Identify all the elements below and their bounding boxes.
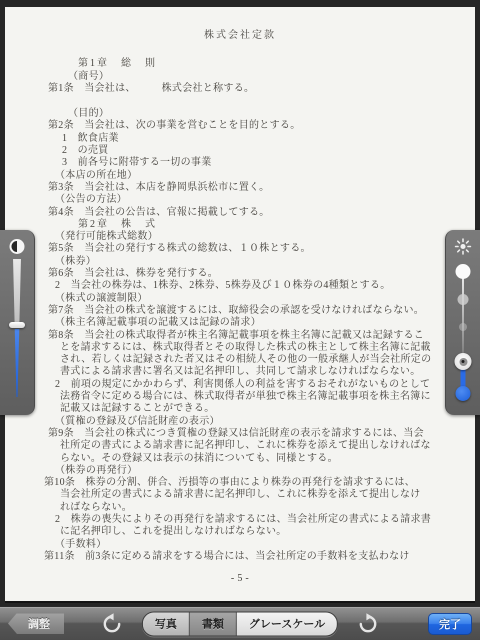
segment-書類[interactable]: 書類	[190, 612, 237, 635]
document-line: （発行可能株式総数）	[5, 231, 475, 243]
done-button-label: 完了	[439, 616, 461, 632]
document-line: （質権の登録及び信託財産の表示）	[5, 416, 475, 428]
document-line: （株券）	[5, 256, 475, 268]
document-line: （手数料）	[5, 539, 475, 551]
document-line: 株式会社定款	[5, 30, 475, 42]
document-line: 法務省令に定める場合には、株式取得者が単独で株主名簿記載事項を株主名簿に	[5, 391, 475, 403]
document-line: 第11条 前3条に定める請求をする場合には、当会社所定の手数料を支払わなけ	[5, 551, 475, 563]
scanned-document-preview: 株式会社定款第1章 総 則（商号）第1条 当会社は、 株式会社と称する。（目的）…	[5, 7, 475, 603]
brightness-level-dot[interactable]	[456, 264, 471, 279]
document-line: らない。その登録又は表示の抹消についても、同様とする。	[5, 453, 475, 465]
bottom-toolbar: 調整 写真書類グレースケール 完了	[0, 606, 480, 640]
document-line: 第9条 当会社の株式につき質権の登録又は信託財産の表示を請求するには、当会	[5, 428, 475, 440]
document-line: 第4条 当会社の公告は、官報に掲載してする。	[5, 207, 475, 219]
contrast-slider-thumb[interactable]	[9, 322, 25, 328]
document-line: 2 の売買	[5, 145, 475, 157]
document-line: （商号）	[5, 71, 475, 83]
contrast-slider-track[interactable]	[13, 259, 22, 325]
document-line: に記名押印し、これを提出しなければならない。	[5, 526, 475, 538]
brightness-slider-end[interactable]	[456, 386, 471, 401]
brightness-slider-thumb[interactable]	[455, 353, 472, 370]
adjust-back-button[interactable]: 調整	[8, 613, 64, 634]
document-line: 記載又は記録することができる。	[5, 403, 475, 415]
rotate-ccw-icon[interactable]	[100, 612, 124, 636]
contrast-panel	[0, 230, 35, 415]
document-line: （株券の再発行）	[5, 465, 475, 477]
document-line: 2 株券の喪失によりその再発行を請求するには、当会社所定の書式による請求書	[5, 514, 475, 526]
filter-segmented-control: 写真書類グレースケール	[142, 611, 338, 636]
page-number: - 5 -	[5, 573, 475, 585]
document-line: 第2条 当会社は、次の事業を営むことを目的とする。	[5, 120, 475, 132]
brightness-slider-track[interactable]	[462, 270, 464, 362]
document-line: され、若しくは記録された者又はその相続人その他の一般承継人が当会社所定の	[5, 354, 475, 366]
document-line: とを請求するには、株式取得者とその取得した株式の株主として株主名簿に記載	[5, 342, 475, 354]
document-line: （株式の譲渡制限）	[5, 293, 475, 305]
segment-グレースケール[interactable]: グレースケール	[237, 612, 337, 635]
document-text: 株式会社定款第1章 総 則（商号）第1条 当会社は、 株式会社と称する。（目的）…	[5, 7, 475, 563]
document-line: 書式による請求書に署名又は記名押印し、共同して請求しなければならない。	[5, 366, 475, 378]
document-line: 社所定の書式による請求書に記名押印し、これに株券を添えて提出しなければな	[5, 440, 475, 452]
contrast-icon	[10, 239, 25, 254]
done-button[interactable]: 完了	[428, 613, 472, 635]
brightness-panel	[445, 230, 480, 415]
segment-写真[interactable]: 写真	[143, 612, 190, 635]
document-line: 3 前各号に附帯する一切の事業	[5, 157, 475, 169]
document-line: （本店の所在地）	[5, 170, 475, 182]
brightness-icon	[455, 238, 472, 255]
brightness-level-dot[interactable]	[458, 294, 469, 305]
document-line: 2 当会社の株券は、1株券、2株券、5株券及び１０株券の4種類とする。	[5, 280, 475, 292]
document-line: 第3条 当会社は、本店を静岡県浜松市に置く。	[5, 182, 475, 194]
document-line: 当会社所定の書式による請求書に記名押印し、これに株券を添えて提出しなけ	[5, 489, 475, 501]
scan-editor-screen: 株式会社定款第1章 総 則（商号）第1条 当会社は、 株式会社と称する。（目的）…	[0, 0, 480, 640]
contrast-slider-fill[interactable]	[14, 329, 20, 397]
document-line: ればならない。	[5, 502, 475, 514]
rotate-cw-icon[interactable]	[356, 612, 380, 636]
document-line: （株主名簿記載事項の記載又は記録の請求）	[5, 317, 475, 329]
document-line: 1 飲食店業	[5, 133, 475, 145]
document-line: 第1条 当会社は、 株式会社と称する。	[5, 83, 475, 95]
adjust-button-label: 調整	[28, 616, 50, 632]
document-line: 第10条 株券の分割、併合、汚損等の事由により株券の再発行を請求するには、	[5, 477, 475, 489]
brightness-level-dot[interactable]	[459, 323, 467, 331]
document-line: 2 前項の規定にかかわらず、利害関係人の利益を害するおそれがないものとして	[5, 379, 475, 391]
document-line: 第7条 当会社の株式を譲渡するには、取締役会の承認を受けなければならない。	[5, 305, 475, 317]
document-line: 第1章 総 則	[5, 58, 475, 70]
document-line: 第2章 株 式	[5, 219, 475, 231]
document-line: 第8条 当会社の株式取得者が株主名簿記載事項を株主名簿に記載又は記録するこ	[5, 330, 475, 342]
document-line: （公告の方法）	[5, 194, 475, 206]
document-line: （目的）	[5, 108, 475, 120]
document-line: 第5条 当会社の発行する株式の総数は、１０株とする。	[5, 243, 475, 255]
document-line: 第6条 当会社は、株券を発行する。	[5, 268, 475, 280]
